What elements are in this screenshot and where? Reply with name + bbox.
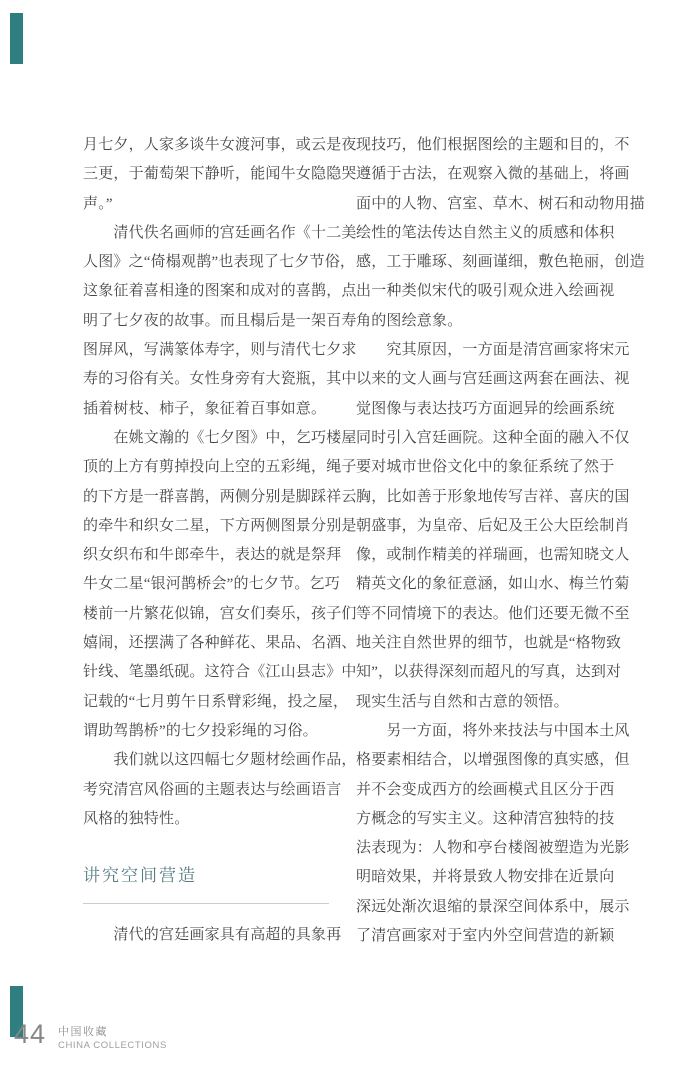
body-text-line: 清代的宫廷画家具有高超的具象再: [83, 921, 336, 950]
body-text-line: 另一方面，将外来技法与中国本土风: [356, 717, 610, 746]
left-column-text-after-heading: 清代的宫廷画家具有高超的具象再: [83, 921, 336, 950]
body-text-line: 插着树枝、柿子，象征着百事如意。: [83, 395, 336, 424]
left-column-text: 月七夕，人家多谈牛女渡河事，或云是夜三更，于葡萄架下静听，能闻牛女隐隐哭声。” …: [83, 131, 336, 834]
body-text-line: 明暗效果，并将景致人物安排在近景向: [356, 863, 610, 892]
page-number: 44: [14, 1018, 46, 1050]
body-text-line: 牛女二星“银河鹊桥会”的七夕节。乞巧: [83, 570, 336, 599]
body-text-line: 寿的习俗有关。女性身旁有大瓷瓶，其中: [83, 365, 336, 394]
body-text-line: 在姚文瀚的《七夕图》中，乞巧楼屋: [83, 424, 336, 453]
body-text-line: 像，或制作精美的祥瑞画，也需知晓文人: [356, 541, 610, 570]
body-text-line: 我们就以这四幅七夕题材绘画作品，: [83, 746, 336, 775]
body-text-line: 遵循于古法，在观察入微的基础上，将画: [356, 160, 610, 189]
body-text-line: 织女织布和牛郎牵牛，表达的就是祭拜: [83, 541, 336, 570]
body-text-line: 了清宫画家对于室内外空间营造的新颖: [356, 922, 610, 951]
body-text-line: 并不会变成西方的绘画模式且区分于西: [356, 776, 610, 805]
body-text-line: 记载的“七月剪午日系臂彩绳，投之屋，: [83, 688, 336, 717]
body-text-line: 三更，于葡萄架下静听，能闻牛女隐隐哭: [83, 160, 336, 189]
body-text-line: 要对城市世俗文化中的象征系统了然于: [356, 453, 610, 482]
section-heading: 讲究空间营造: [83, 866, 336, 886]
body-text-line: 等不同情境下的表达。他们还要无微不至: [356, 600, 610, 629]
body-text-line: 的下方是一群喜鹊，两侧分别是脚踩祥云: [83, 483, 336, 512]
body-text-line: 角的图绘意象。: [356, 307, 610, 336]
body-text-line: 顶的上方有剪掉投向上空的五彩绳，绳子: [83, 453, 336, 482]
magazine-name-cn: 中国收藏: [58, 1025, 167, 1039]
magazine-page: 月七夕，人家多谈牛女渡河事，或云是夜三更，于葡萄架下静听，能闻牛女隐隐哭声。” …: [0, 0, 687, 1081]
body-text-line: 针线、笔墨纸砚。这符合《江山县志》中: [83, 658, 336, 687]
page-edge-accent-top: [10, 13, 23, 64]
body-text-line: 胸，比如善于形象地传写吉祥、喜庆的国: [356, 483, 610, 512]
body-text-line: 清代佚名画师的宫廷画名作《十二美: [83, 219, 336, 248]
right-column-text: 现技巧，他们根据图绘的主题和目的，不遵循于古法，在观察入微的基础上，将画面中的人…: [356, 131, 610, 951]
body-text-line: 这象征着喜相逢的图案和成对的喜鹊，点: [83, 277, 336, 306]
body-text-line: 究其原因，一方面是清宫画家将宋元: [356, 336, 610, 365]
body-text-line: 觉图像与表达技巧方面迥异的绘画系统: [356, 395, 610, 424]
body-text-line: 月七夕，人家多谈牛女渡河事，或云是夜: [83, 131, 336, 160]
body-text-line: 朝盛事，为皇帝、后妃及王公大臣绘制肖: [356, 512, 610, 541]
body-text-line: 的牵牛和织女二星，下方两侧图景分别是: [83, 512, 336, 541]
right-text-column: 现技巧，他们根据图绘的主题和目的，不遵循于古法，在观察入微的基础上，将画面中的人…: [356, 131, 610, 951]
body-text-line: 格要素相结合，以增强图像的真实感，但: [356, 746, 610, 775]
body-text-line: 明了七夕夜的故事。而且榻后是一架百寿: [83, 307, 336, 336]
body-text-line: 面中的人物、宫室、草木、树石和动物用描: [356, 190, 610, 219]
body-text-line: 法表现为：人物和亭台楼阁被塑造为光影: [356, 834, 610, 863]
left-text-column: 月七夕，人家多谈牛女渡河事，或云是夜三更，于葡萄架下静听，能闻牛女隐隐哭声。” …: [83, 131, 336, 950]
body-text-line: 精英文化的象征意涵，如山水、梅兰竹菊: [356, 570, 610, 599]
page-footer: 44 中国收藏 CHINA COLLECTIONS: [0, 1018, 687, 1062]
body-text-line: 图屏风，写满篆体寿字，则与清代七夕求: [83, 336, 336, 365]
body-text-line: 声。”: [83, 190, 336, 219]
body-text-line: 地关注自然世界的细节，也就是“格物致: [356, 629, 610, 658]
body-text-line: 楼前一片繁花似锦，宫女们奏乐，孩子们: [83, 600, 336, 629]
body-text-line: 深远处渐次退缩的景深空间体系中，展示: [356, 893, 610, 922]
body-text-line: 现实生活与自然和古意的领悟。: [356, 688, 610, 717]
body-text-line: 嬉闹，还摆满了各种鲜花、果品、名酒、: [83, 629, 336, 658]
body-text-line: 同时引入宫廷画院。这种全面的融入不仅: [356, 424, 610, 453]
body-text-line: 现技巧，他们根据图绘的主题和目的，不: [356, 131, 610, 160]
body-text-line: 出一种类似宋代的吸引观众进入绘画视: [356, 277, 610, 306]
body-text-line: 感，工于雕琢、刻画谨细，敷色艳丽，创造: [356, 248, 610, 277]
body-text-line: 谓助驾鹊桥”的七夕投彩绳的习俗。: [83, 717, 336, 746]
body-text-line: 人图》之“倚榻观鹊”也表现了七夕节俗，: [83, 248, 336, 277]
heading-divider: [83, 903, 329, 904]
body-text-line: 方概念的写实主义。这种清宫独特的技: [356, 805, 610, 834]
body-text-line: 风格的独特性。: [83, 805, 336, 834]
body-text-line: 绘性的笔法传达自然主义的质感和体积: [356, 219, 610, 248]
body-text-line: 考究清宫风俗画的主题表达与绘画语言: [83, 776, 336, 805]
magazine-name-block: 中国收藏 CHINA COLLECTIONS: [58, 1025, 167, 1052]
body-text-line: 知”，以获得深刻而超凡的写真，达到对: [356, 658, 610, 687]
magazine-name-en: CHINA COLLECTIONS: [58, 1039, 167, 1052]
body-text-line: 以来的文人画与宫廷画这两套在画法、视: [356, 365, 610, 394]
